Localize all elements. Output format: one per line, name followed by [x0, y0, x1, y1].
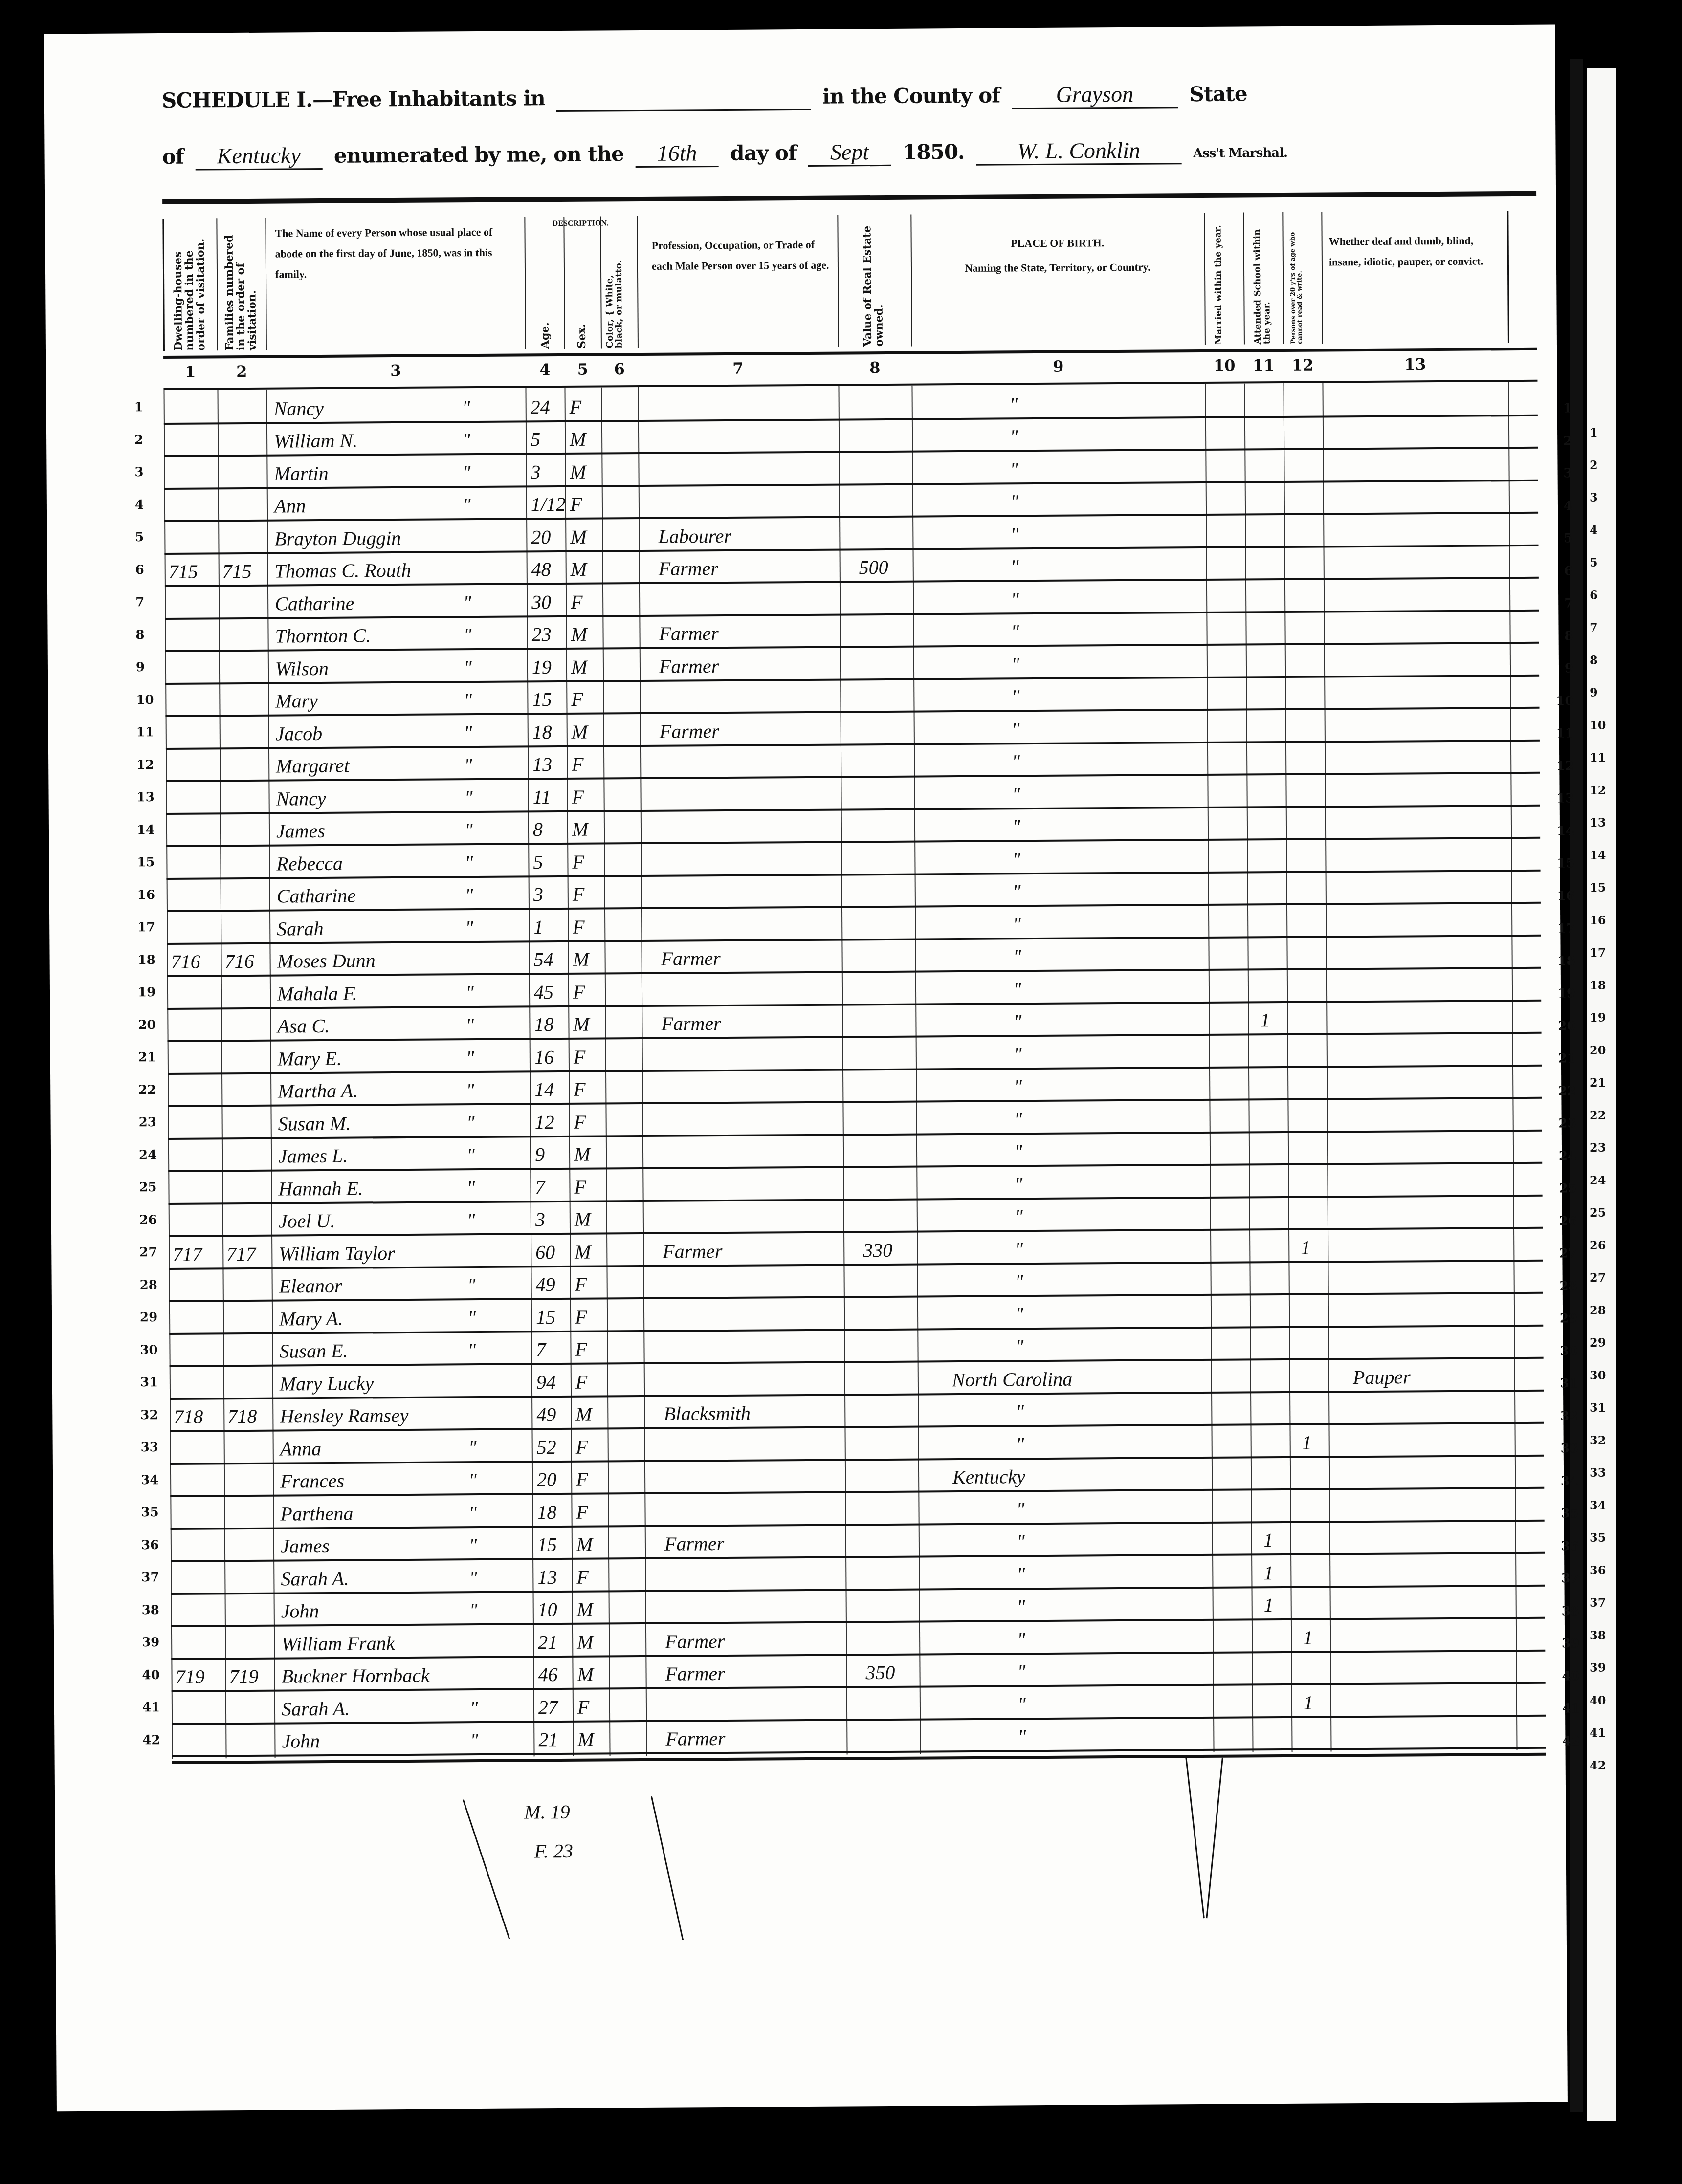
dwelling-number: 716 — [171, 950, 200, 973]
birthplace: " — [1015, 1270, 1023, 1293]
birthplace: " — [1013, 945, 1021, 968]
right-margin-line-number: 40 — [1562, 1669, 1579, 1683]
surname-ditto: " — [465, 818, 473, 841]
line-number: 30 — [140, 1343, 157, 1357]
right-margin-line-number: 38 — [1562, 1604, 1579, 1618]
line-number: 14 — [137, 823, 155, 837]
header-real-estate: Value of Real Estate owned. — [862, 224, 885, 347]
surname-ditto: " — [469, 1566, 477, 1589]
person-name: James — [281, 1534, 330, 1558]
surname-ditto: " — [465, 916, 473, 939]
adjacent-page-line-number: 2 — [1590, 458, 1598, 472]
sex: M — [577, 1663, 594, 1686]
line-number: 36 — [141, 1538, 159, 1552]
person-name: Mary — [275, 689, 318, 713]
surname-ditto: " — [464, 656, 472, 679]
right-margin-line-number: 6 — [1564, 564, 1573, 578]
right-margin-line-number: 7 — [1564, 596, 1573, 611]
sex: M — [576, 1533, 593, 1556]
adjacent-page-line-number: 9 — [1590, 685, 1598, 699]
sex: M — [574, 1143, 591, 1166]
line-number: 17 — [137, 920, 155, 935]
birthplace: " — [1013, 978, 1021, 1001]
header-birthplace: Naming the State, Territory, or Country. — [950, 257, 1165, 278]
sex: F — [575, 1338, 587, 1361]
family-number: 716 — [224, 950, 254, 973]
pencil-check-stroke — [1206, 1758, 1223, 1919]
line-number: 41 — [142, 1700, 160, 1715]
birthplace: " — [1011, 685, 1019, 708]
header-occupation: Profession, Occupation, or Trade of each… — [652, 235, 833, 277]
sex: F — [571, 590, 583, 613]
person-name: Ann — [274, 494, 306, 517]
adjacent-page-line-number: 20 — [1590, 1043, 1606, 1057]
header-color: Color, { White, black, or mulatto. — [605, 245, 624, 348]
person-name: Martha A. — [278, 1079, 358, 1103]
family-number: 717 — [226, 1242, 256, 1265]
right-margin-line-number: 28 — [1559, 1279, 1577, 1293]
right-margin-line-number: 1 — [1563, 401, 1572, 415]
right-margin-line-number: 29 — [1560, 1311, 1577, 1326]
right-margin-line-number: 21 — [1558, 1051, 1576, 1066]
line-number: 35 — [141, 1505, 158, 1520]
surname-ditto: " — [464, 786, 472, 809]
birthplace: North Carolina — [952, 1367, 1073, 1391]
person-name: John — [281, 1599, 319, 1622]
person-name: Anna — [280, 1437, 322, 1461]
adjacent-page-line-number: 36 — [1590, 1563, 1606, 1577]
header-illiterate: Persons over 20 y'rs of age who cannot r… — [1289, 222, 1304, 344]
occupation: Farmer — [659, 622, 719, 645]
surname-ditto: " — [465, 1013, 474, 1036]
age: 13 — [537, 1566, 557, 1589]
line-number: 5 — [135, 530, 144, 545]
birthplace: " — [1011, 555, 1019, 578]
adjacent-page-line-number: 12 — [1590, 783, 1606, 797]
sex: F — [572, 753, 584, 776]
line-number: 13 — [136, 790, 154, 805]
age: 7 — [536, 1338, 546, 1361]
right-margin-line-number: 19 — [1558, 986, 1575, 1001]
column-number: 6 — [601, 360, 638, 378]
header-school: Attended School within the year. — [1253, 222, 1272, 344]
adjacent-page-line-number: 41 — [1590, 1725, 1606, 1740]
line-number: 18 — [138, 953, 155, 967]
birthplace: " — [1010, 393, 1018, 415]
line-number: 10 — [136, 693, 154, 707]
schedule-label: SCHEDULE I.—Free Inhabitants in — [162, 86, 545, 112]
age: 48 — [531, 558, 551, 581]
dwelling-number: 719 — [175, 1665, 204, 1688]
sex: M — [577, 1630, 594, 1653]
attended-school: 1 — [1263, 1561, 1273, 1584]
person-name: Brayton Duggin — [274, 526, 401, 550]
sex: F — [575, 1305, 587, 1328]
line-number: 40 — [142, 1668, 159, 1682]
right-margin-line-number: 17 — [1557, 921, 1575, 936]
header-condition: Whether deaf and dumb, blind, insane, id… — [1329, 230, 1505, 272]
sex: M — [571, 623, 587, 646]
age: 1 — [533, 916, 543, 939]
county-field: Grayson — [1012, 81, 1178, 109]
person-name: Susan M. — [278, 1112, 351, 1135]
cannot-read-write: 1 — [1302, 1431, 1312, 1454]
right-margin-line-number: 14 — [1557, 824, 1574, 838]
sex: F — [577, 1695, 590, 1718]
right-margin-line-number: 39 — [1562, 1636, 1579, 1651]
person-name: Hensley Ramsey — [280, 1404, 409, 1428]
line-number: 25 — [139, 1180, 156, 1195]
surname-ditto: " — [468, 1436, 477, 1459]
table-top-rule — [162, 191, 1536, 204]
birthplace: " — [1015, 1238, 1023, 1261]
column-number: 9 — [911, 356, 1205, 377]
surname-ditto: " — [462, 461, 470, 484]
adjacent-page-line-number: 40 — [1590, 1693, 1606, 1707]
birthplace: " — [1017, 1530, 1025, 1553]
birthplace: " — [1015, 1335, 1023, 1358]
occupation: Farmer — [665, 1662, 725, 1685]
line-number: 8 — [135, 628, 144, 642]
line-number: 11 — [136, 725, 154, 740]
birthplace: " — [1012, 750, 1020, 773]
sex: F — [572, 850, 584, 873]
adjacent-page-line-number: 13 — [1590, 815, 1606, 830]
sex: F — [574, 1175, 586, 1198]
line-number: 31 — [140, 1375, 158, 1390]
line-number: 2 — [134, 433, 143, 447]
surname-ditto: " — [470, 1728, 478, 1751]
adjacent-page-line-number: 1 — [1590, 425, 1598, 439]
birthplace: " — [1017, 1660, 1025, 1683]
birthplace: " — [1016, 1400, 1024, 1423]
birthplace: " — [1014, 1043, 1022, 1066]
occupation: Farmer — [663, 1240, 723, 1263]
subdivision-field — [556, 83, 811, 112]
age: 15 — [537, 1533, 557, 1556]
birthplace: " — [1017, 1595, 1025, 1618]
person-name: Nancy — [274, 396, 324, 420]
county-label: in the County of — [822, 83, 1000, 108]
age: 24 — [531, 395, 550, 418]
age: 45 — [534, 981, 553, 1004]
surname-ditto: " — [468, 1468, 477, 1491]
header-description: DESCRIPTION. — [524, 216, 637, 232]
age: 49 — [536, 1403, 556, 1426]
column-headers: Dwelling-houses numbered in the order of… — [162, 211, 1537, 351]
day-field: 16th — [635, 140, 718, 168]
surname-ditto: " — [463, 623, 471, 646]
sex: F — [576, 1565, 589, 1588]
age: 46 — [538, 1663, 557, 1686]
census-table: Dwelling-houses numbered in the order of… — [162, 191, 1536, 199]
right-margin-line-number: 5 — [1564, 531, 1572, 546]
age: 3 — [533, 883, 543, 906]
column-number: 1 — [163, 362, 217, 381]
person-name: Margaret — [276, 754, 350, 778]
age: 15 — [536, 1306, 555, 1329]
adjacent-page-line-number: 25 — [1590, 1205, 1606, 1220]
person-name: Thornton C. — [275, 624, 371, 647]
line-number: 21 — [138, 1050, 156, 1065]
surname-ditto: " — [469, 1533, 477, 1556]
marshal-label: Ass't Marshal. — [1193, 146, 1287, 161]
person-name: James — [276, 819, 325, 843]
right-margin-line-number: 11 — [1556, 726, 1574, 741]
sex: M — [572, 818, 589, 841]
person-name: Susan E. — [279, 1339, 348, 1363]
line-number: 23 — [139, 1115, 156, 1130]
age: 7 — [535, 1176, 545, 1199]
adjacent-page-line-number: 6 — [1590, 588, 1598, 602]
birthplace: " — [1014, 1075, 1022, 1098]
adjacent-page-line-number: 38 — [1590, 1628, 1606, 1642]
line-number: 16 — [137, 888, 155, 902]
birthplace: " — [1013, 913, 1021, 936]
of-label: of — [162, 145, 183, 169]
right-margin-line-number: 18 — [1557, 954, 1575, 968]
sex: M — [570, 428, 586, 451]
sex: M — [573, 948, 589, 971]
person-name: Jacob — [276, 721, 323, 745]
state-field: Kentucky — [195, 142, 322, 171]
age: 20 — [531, 525, 551, 548]
sex: F — [570, 493, 582, 516]
cannot-read-write: 1 — [1301, 1236, 1310, 1259]
sex: F — [574, 1045, 586, 1068]
sex: F — [576, 1500, 588, 1523]
surname-ditto: " — [467, 1338, 476, 1361]
birthplace: " — [1010, 425, 1018, 448]
tally-male: M. 19 — [524, 1800, 570, 1824]
right-margin-line-number: 13 — [1556, 791, 1574, 806]
line-number: 28 — [140, 1278, 157, 1292]
occupation: Farmer — [661, 947, 721, 970]
sex: M — [570, 460, 586, 483]
person-name: Mary Lucky — [280, 1372, 374, 1395]
marshal-signature: W. L. Conklin — [976, 137, 1181, 166]
line-number: 42 — [142, 1733, 160, 1747]
person-name: Eleanor — [279, 1274, 342, 1298]
adjacent-page-line-number: 8 — [1590, 653, 1598, 667]
adjacent-page-line-number: 3 — [1590, 490, 1598, 504]
sex: M — [571, 655, 588, 678]
person-name: Martin — [274, 461, 328, 485]
adjacent-page-line-number: 28 — [1590, 1303, 1606, 1317]
person-name: Mary A. — [279, 1307, 343, 1330]
person-name: Moses Dunn — [277, 949, 375, 972]
pencil-stroke — [651, 1796, 684, 1940]
line-number: 29 — [140, 1310, 157, 1325]
sex: F — [573, 915, 585, 938]
sex: F — [576, 1435, 588, 1458]
age: 94 — [536, 1371, 556, 1394]
birthplace: " — [1018, 1693, 1026, 1716]
birthplace: " — [1015, 1303, 1023, 1326]
line-number: 1 — [134, 400, 143, 415]
age: 13 — [532, 753, 552, 776]
adjacent-page-line-number: 31 — [1590, 1400, 1606, 1415]
birthplace: Kentucky — [952, 1465, 1025, 1488]
adjacent-page-line-number: 11 — [1590, 750, 1606, 764]
age: 18 — [534, 1013, 553, 1036]
column-number: 12 — [1283, 355, 1322, 374]
age: 10 — [538, 1598, 557, 1621]
age: 15 — [532, 688, 552, 711]
sex: F — [576, 1468, 588, 1491]
occupation: Blacksmith — [664, 1402, 751, 1425]
family-number: 719 — [229, 1665, 258, 1688]
occupation: Labourer — [658, 524, 731, 547]
column-number: 2 — [217, 362, 266, 381]
age: 3 — [531, 460, 540, 483]
birthplace: " — [1017, 1563, 1025, 1586]
surname-ditto: " — [466, 1111, 475, 1134]
surname-ditto: " — [466, 1143, 475, 1166]
birthplace: " — [1012, 848, 1020, 871]
right-margin-line-number: 2 — [1563, 434, 1572, 448]
line-number: 39 — [142, 1635, 159, 1650]
column-number: 5 — [564, 360, 601, 378]
birthplace: " — [1010, 523, 1018, 546]
age: 1/12 — [531, 493, 566, 516]
line-number: 27 — [139, 1245, 157, 1260]
surname-ditto: " — [462, 396, 470, 419]
sex: F — [574, 1110, 586, 1133]
age: 23 — [531, 623, 551, 646]
age: 18 — [532, 721, 552, 743]
real-estate-value: 350 — [865, 1661, 895, 1684]
right-margin-line-number: 10 — [1556, 694, 1573, 708]
age: 52 — [537, 1436, 556, 1459]
right-margin-line-number: 20 — [1558, 1019, 1575, 1033]
birthplace: " — [1010, 458, 1018, 480]
person-name: William Taylor — [279, 1242, 395, 1265]
person-name: Sarah A. — [282, 1697, 350, 1720]
right-margin-line-number: 22 — [1558, 1084, 1576, 1098]
age: 12 — [535, 1111, 554, 1134]
surname-ditto: " — [467, 1273, 476, 1296]
enumerated-label: enumerated by me, on the — [334, 142, 624, 168]
surname-ditto: " — [463, 591, 471, 614]
surname-ditto: " — [468, 1501, 477, 1524]
sex: F — [572, 785, 584, 808]
adjacent-page-line-number: 10 — [1590, 718, 1606, 732]
age: 27 — [538, 1696, 558, 1719]
year: 1850. — [903, 140, 965, 164]
sex: F — [573, 980, 585, 1003]
surname-ditto: " — [465, 851, 473, 874]
right-margin-line-number: 8 — [1564, 629, 1573, 643]
right-margin-line-number: 27 — [1559, 1246, 1577, 1261]
dwelling-number: 718 — [174, 1405, 203, 1428]
sex: M — [577, 1598, 594, 1621]
birthplace: " — [1016, 1433, 1024, 1456]
real-estate-value: 330 — [863, 1238, 892, 1261]
right-margin-line-number: 34 — [1561, 1474, 1578, 1488]
person-name: Frances — [280, 1469, 344, 1493]
right-margin-line-number: 4 — [1564, 499, 1572, 513]
line-number: 24 — [139, 1148, 156, 1162]
right-margin-line-number: 33 — [1560, 1441, 1578, 1456]
occupation: Farmer — [659, 655, 719, 678]
pencil-stroke — [463, 1799, 510, 1939]
person-name: Rebecca — [276, 852, 343, 875]
right-margin-line-number: 12 — [1556, 759, 1574, 773]
dwelling-number: 717 — [173, 1243, 202, 1266]
family-number: 718 — [227, 1405, 257, 1428]
month-field: Sept — [808, 139, 891, 167]
right-margin-line-number: 26 — [1559, 1214, 1577, 1228]
person-name: Buckner Hornback — [281, 1664, 430, 1688]
adjacent-page-line-number: 21 — [1590, 1075, 1606, 1090]
birthplace: " — [1012, 783, 1020, 806]
surname-ditto: " — [466, 1176, 475, 1199]
age: 18 — [537, 1501, 556, 1524]
header-birthplace-title: PLACE OF BIRTH. — [926, 232, 1190, 254]
column-number: 11 — [1244, 356, 1283, 374]
right-margin-line-number: 9 — [1565, 661, 1573, 676]
line-number: 15 — [137, 855, 155, 870]
adjacent-page-line-number: 4 — [1590, 523, 1598, 537]
person-name: Hannah E. — [278, 1177, 363, 1200]
surname-ditto: " — [470, 1696, 478, 1719]
sex: M — [573, 1013, 590, 1036]
birthplace: " — [1013, 1010, 1021, 1033]
surname-ditto: " — [469, 1598, 478, 1621]
person-name: Joel U. — [279, 1209, 335, 1233]
line-number: 7 — [135, 595, 144, 610]
surname-ditto: " — [464, 688, 472, 711]
surname-ditto: " — [463, 493, 471, 516]
birthplace: " — [1011, 588, 1019, 611]
adjacent-page-line-number: 29 — [1590, 1335, 1606, 1350]
enumeration-line: of Kentucky enumerated by me, on the 16t… — [162, 136, 1287, 171]
occupation: Farmer — [665, 1727, 726, 1750]
person-name: William N. — [274, 429, 357, 453]
occupation: Farmer — [665, 1629, 725, 1653]
adjacent-page-line-number: 24 — [1590, 1173, 1606, 1187]
person-name: William Frank — [281, 1632, 395, 1655]
tally-female: F. 23 — [534, 1839, 574, 1862]
age: 5 — [533, 851, 543, 874]
header-age: Age. — [539, 305, 551, 349]
sex: M — [571, 558, 587, 581]
sex: F — [575, 1370, 588, 1393]
birthplace: " — [1012, 815, 1020, 838]
sex: M — [570, 525, 587, 548]
schedule-title-line: SCHEDULE I.—Free Inhabitants in in the C… — [162, 80, 1247, 114]
line-number: 20 — [138, 1018, 155, 1032]
day-of-label: day of — [730, 141, 797, 165]
surname-ditto: " — [466, 1078, 474, 1101]
person-name: Wilson — [275, 656, 329, 680]
adjacent-page-line-number: 35 — [1590, 1530, 1606, 1545]
occupation: Farmer — [660, 720, 720, 743]
column-number: 13 — [1322, 354, 1508, 374]
right-margin-line-number: 30 — [1560, 1344, 1577, 1358]
birthplace: " — [1011, 620, 1019, 643]
right-margin-line-number: 31 — [1560, 1376, 1578, 1391]
person-name: Asa C. — [277, 1014, 330, 1038]
column-number: 7 — [638, 359, 838, 379]
header-married: Married within the year. — [1214, 222, 1223, 345]
attended-school: 1 — [1264, 1594, 1274, 1616]
age: 20 — [537, 1468, 556, 1491]
column-number: 4 — [525, 360, 564, 379]
adjacent-page-line-number: 19 — [1590, 1010, 1606, 1025]
age: 21 — [538, 1728, 558, 1751]
